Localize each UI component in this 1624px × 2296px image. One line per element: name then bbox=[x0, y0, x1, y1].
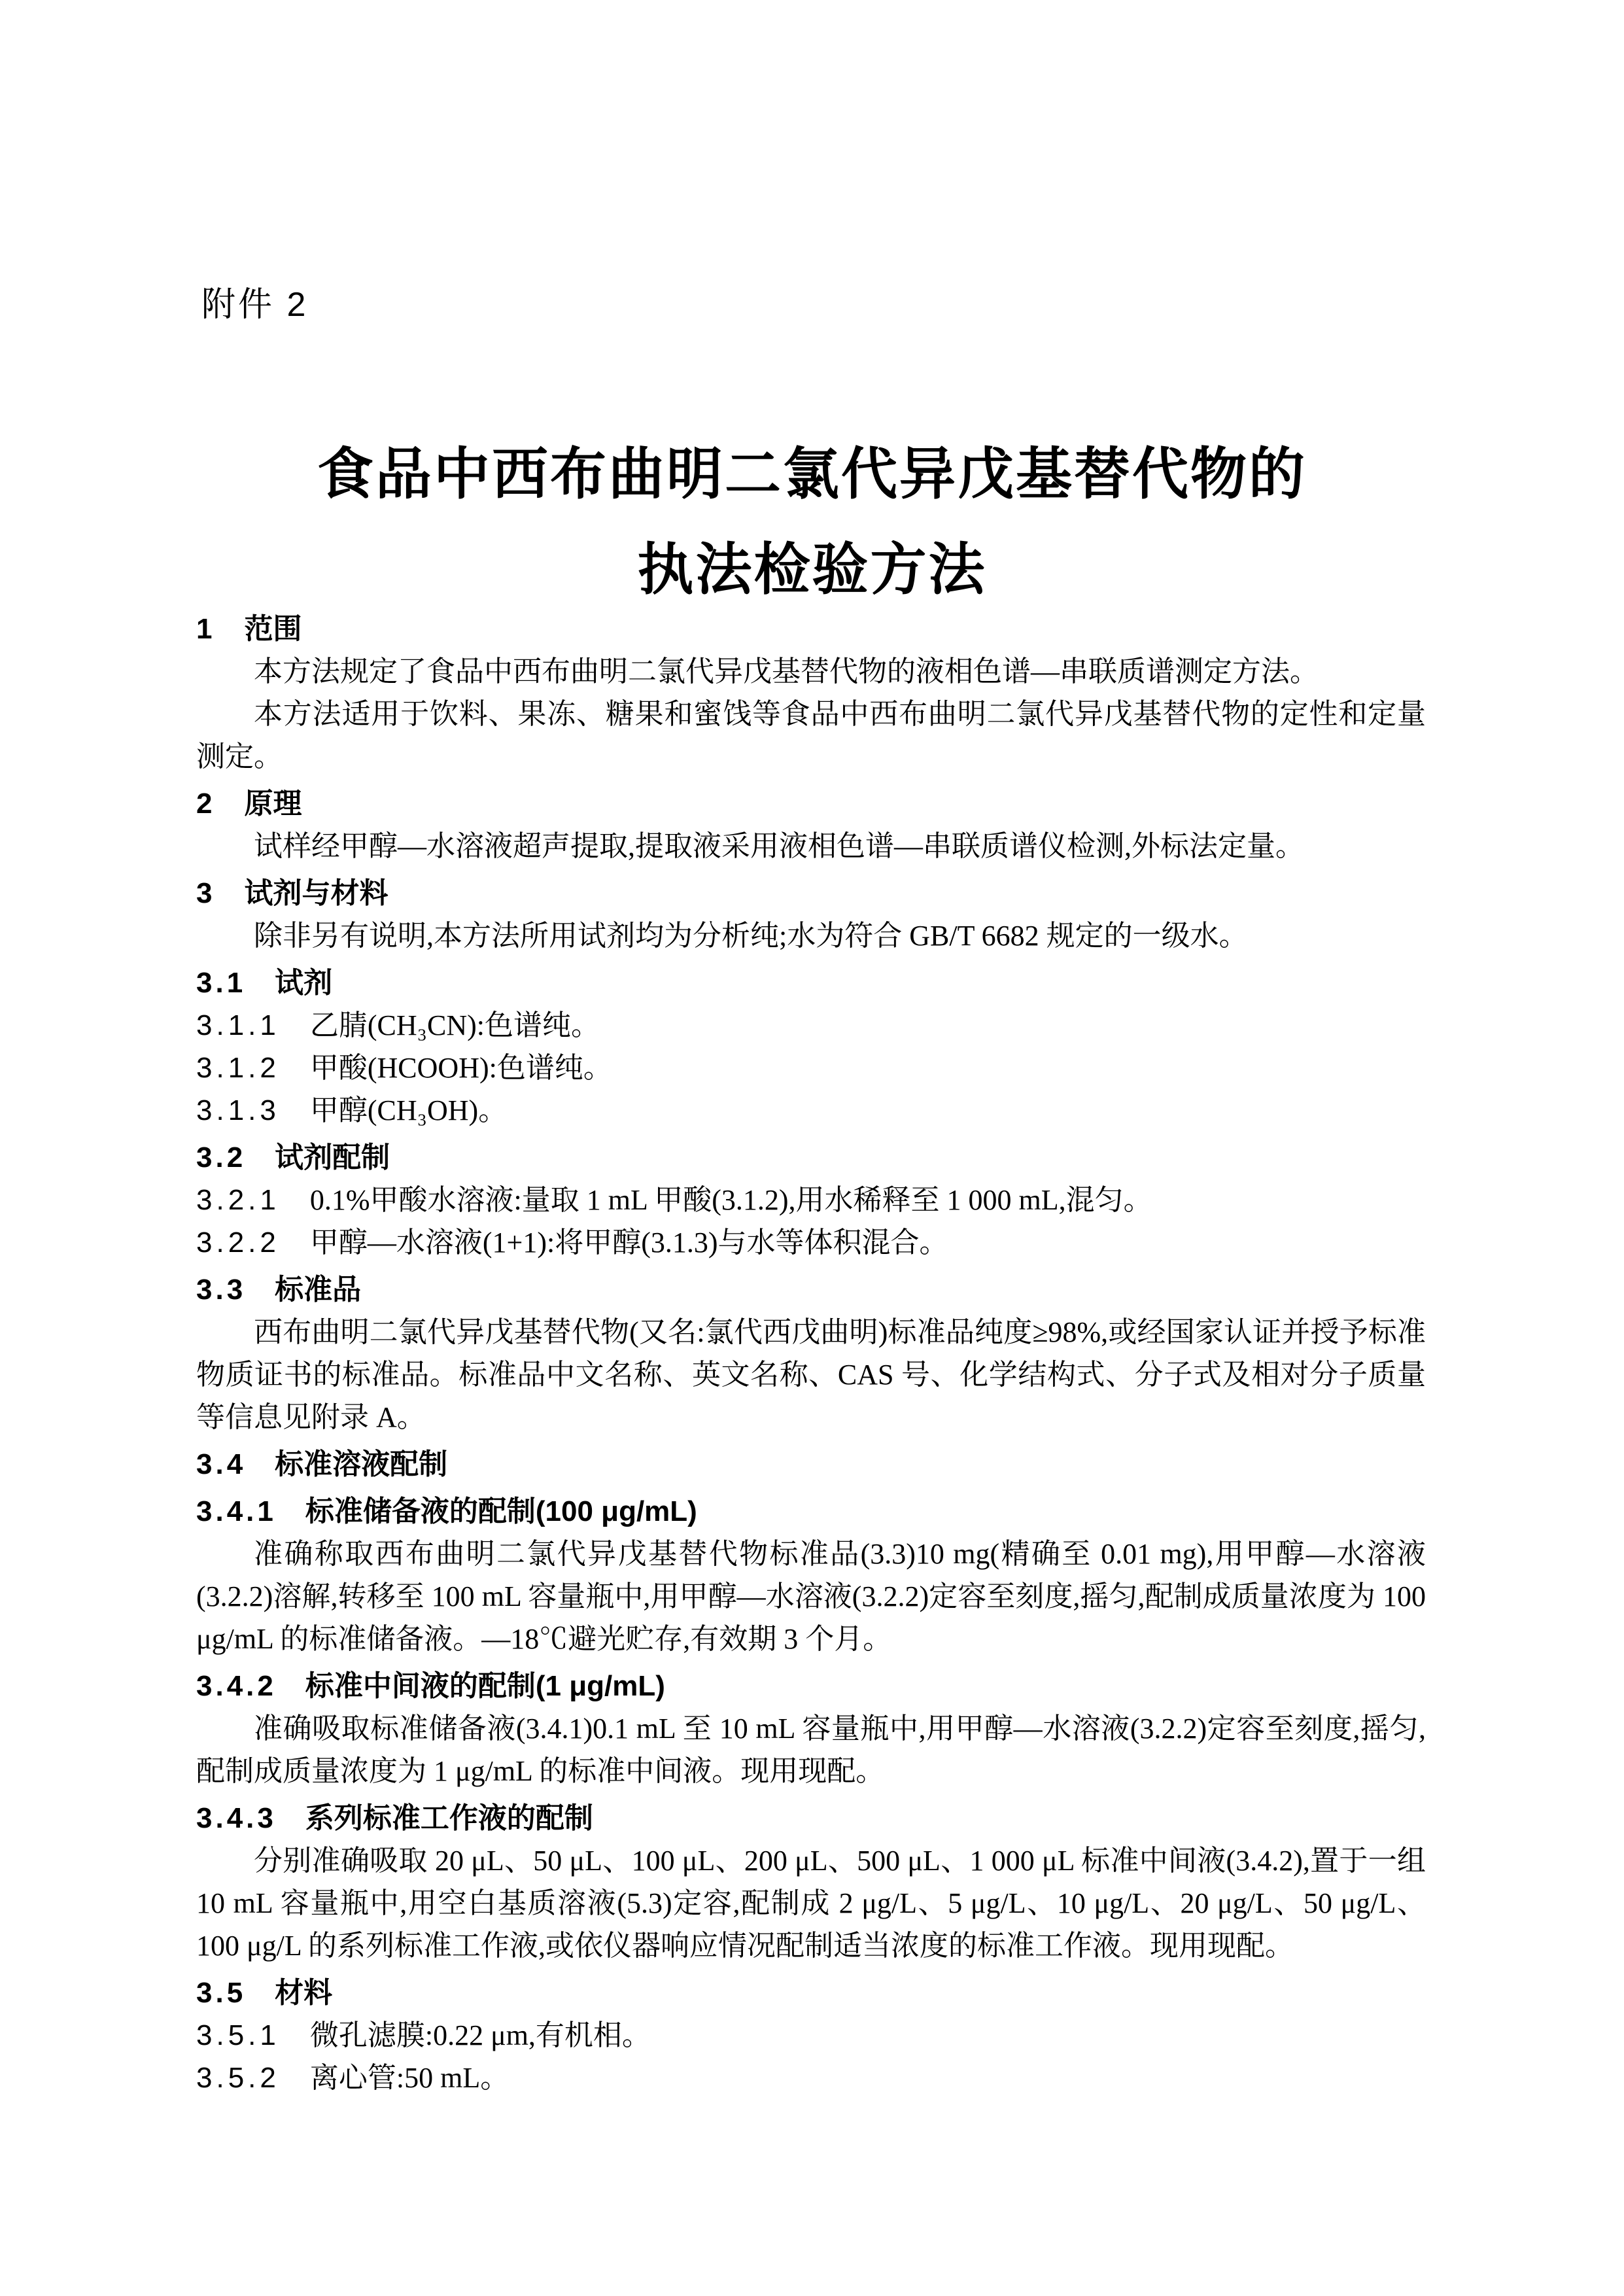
paragraph-text: 本方法适用于饮料、果冻、糖果和蜜饯等食品中西布曲明二氯代异戊基替代物的定性和定量… bbox=[196, 698, 1426, 773]
document-page: 附件 2 食品中西布曲明二氯代异戊基替代物的 执法检验方法 1范围 本方法规定了… bbox=[0, 0, 1624, 2296]
clause-text: 甲醇—水溶液(1+1):将甲醇(3.1.3)与水等体积混合。 bbox=[310, 1226, 948, 1259]
section-heading: 3试剂与材料 bbox=[196, 872, 1426, 914]
numbered-clause: 3.1.1乙腈(CH₃CN):色谱纯。 bbox=[196, 1004, 1426, 1047]
section-heading: 3.4.3系列标准工作液的配制 bbox=[196, 1797, 1426, 1839]
numbered-clause: 3.1.3甲醇(CH₃OH)。 bbox=[196, 1089, 1426, 1132]
clause-number: 3.3 bbox=[196, 1274, 246, 1306]
clause-text: 乙腈(CH₃CN):色谱纯。 bbox=[310, 1009, 600, 1041]
clause-number: 3.4.2 bbox=[196, 1670, 277, 1702]
numbered-clause: 3.1.2甲酸(HCOOH):色谱纯。 bbox=[196, 1047, 1426, 1089]
paragraph: 准确吸取标准储备液(3.4.1)0.1 mL 至 10 mL 容量瓶中,用甲醇—… bbox=[196, 1707, 1426, 1792]
paragraph: 西布曲明二氯代异戊基替代物(又名:氯代西戊曲明)标准品纯度≥98%,或经国家认证… bbox=[196, 1311, 1426, 1438]
section-heading: 3.2试剂配制 bbox=[196, 1136, 1426, 1179]
clause-number: 3.4.3 bbox=[196, 1802, 277, 1834]
section-heading: 1范围 bbox=[196, 608, 1426, 650]
heading-text: 标准品 bbox=[275, 1274, 361, 1306]
clause-text: 0.1%甲酸水溶液:量取 1 mL 甲酸(3.1.2),用水稀释至 1 000 … bbox=[310, 1184, 1152, 1216]
section-heading: 3.5材料 bbox=[196, 1972, 1426, 2014]
numbered-clause: 3.2.2甲醇—水溶液(1+1):将甲醇(3.1.3)与水等体积混合。 bbox=[196, 1221, 1426, 1264]
numbered-clause: 3.5.2离心管:50 mL。 bbox=[196, 2057, 1426, 2099]
attachment-label: 附件 2 bbox=[201, 285, 308, 324]
clause-text: 甲酸(HCOOH):色谱纯。 bbox=[310, 1052, 612, 1084]
clause-text: 甲醇(CH₃OH)。 bbox=[310, 1094, 507, 1126]
numbered-clause: 3.2.10.1%甲酸水溶液:量取 1 mL 甲酸(3.1.2),用水稀释至 1… bbox=[196, 1179, 1426, 1221]
clause-number: 3.4 bbox=[196, 1448, 246, 1480]
clause-number: 2 bbox=[196, 788, 215, 820]
paragraph-text: 西布曲明二氯代异戊基替代物(又名:氯代西戊曲明)标准品纯度≥98%,或经国家认证… bbox=[196, 1316, 1426, 1433]
heading-text: 试剂配制 bbox=[275, 1141, 390, 1174]
clause-number: 3.5.1 bbox=[196, 2019, 280, 2051]
heading-text: 试剂与材料 bbox=[244, 877, 388, 909]
heading-text: 材料 bbox=[275, 1977, 332, 2009]
paragraph: 准确称取西布曲明二氯代异戊基替代物标准品(3.3)10 mg(精确至 0.01 … bbox=[196, 1533, 1426, 1660]
clause-number: 3.1 bbox=[196, 967, 246, 999]
paragraph-text: 试样经甲醇—水溶液超声提取,提取液采用液相色谱—串联质谱仪检测,外标法定量。 bbox=[254, 830, 1304, 862]
document-body: 1范围 本方法规定了食品中西布曲明二氯代异戊基替代物的液相色谱—串联质谱测定方法… bbox=[196, 603, 1426, 2099]
section-heading: 3.1试剂 bbox=[196, 962, 1426, 1004]
document-title: 食品中西布曲明二氯代异戊基替代物的 执法检验方法 bbox=[0, 426, 1624, 617]
clause-number: 3.5 bbox=[196, 1977, 246, 2009]
paragraph-text: 除非另有说明,本方法所用试剂均为分析纯;水为符合 GB/T 6682 规定的一级… bbox=[254, 920, 1248, 952]
paragraph-text: 本方法规定了食品中西布曲明二氯代异戊基替代物的液相色谱—串联质谱测定方法。 bbox=[254, 655, 1319, 687]
clause-number: 1 bbox=[196, 613, 215, 645]
paragraph: 除非另有说明,本方法所用试剂均为分析纯;水为符合 GB/T 6682 规定的一级… bbox=[196, 914, 1426, 957]
paragraph: 分别准确吸取 20 μL、50 μL、100 μL、200 μL、500 μL、… bbox=[196, 1839, 1426, 1967]
clause-text: 离心管:50 mL。 bbox=[310, 2062, 509, 2094]
title-line-1: 食品中西布曲明二氯代异戊基替代物的 bbox=[0, 426, 1624, 522]
clause-number: 3.1.1 bbox=[196, 1009, 280, 1041]
clause-number: 3.2.2 bbox=[196, 1226, 280, 1259]
clause-number: 3.1.2 bbox=[196, 1052, 280, 1084]
clause-number: 3 bbox=[196, 877, 215, 909]
heading-text: 试剂 bbox=[275, 967, 332, 999]
section-heading: 3.4标准溶液配制 bbox=[196, 1443, 1426, 1486]
paragraph-text: 分别准确吸取 20 μL、50 μL、100 μL、200 μL、500 μL、… bbox=[196, 1845, 1426, 1962]
paragraph-text: 准确吸取标准储备液(3.4.1)0.1 mL 至 10 mL 容量瓶中,用甲醇—… bbox=[196, 1713, 1426, 1787]
section-heading: 3.3标准品 bbox=[196, 1268, 1426, 1311]
heading-text: 范围 bbox=[244, 613, 302, 645]
paragraph: 本方法规定了食品中西布曲明二氯代异戊基替代物的液相色谱—串联质谱测定方法。 bbox=[196, 650, 1426, 693]
heading-text: 系列标准工作液的配制 bbox=[305, 1802, 593, 1834]
heading-text: 标准溶液配制 bbox=[275, 1448, 447, 1480]
heading-text: 标准中间液的配制(1 μg/mL) bbox=[305, 1670, 665, 1702]
clause-number: 3.2 bbox=[196, 1141, 246, 1174]
section-heading: 2原理 bbox=[196, 782, 1426, 825]
paragraph-text: 准确称取西布曲明二氯代异戊基替代物标准品(3.3)10 mg(精确至 0.01 … bbox=[196, 1538, 1426, 1655]
clause-text: 微孔滤膜:0.22 μm,有机相。 bbox=[310, 2019, 651, 2051]
heading-text: 标准储备液的配制(100 μg/mL) bbox=[305, 1495, 697, 1527]
paragraph: 试样经甲醇—水溶液超声提取,提取液采用液相色谱—串联质谱仪检测,外标法定量。 bbox=[196, 825, 1426, 867]
section-heading: 3.4.2标准中间液的配制(1 μg/mL) bbox=[196, 1665, 1426, 1707]
section-heading: 3.4.1标准储备液的配制(100 μg/mL) bbox=[196, 1490, 1426, 1533]
clause-number: 3.4.1 bbox=[196, 1495, 277, 1527]
paragraph: 本方法适用于饮料、果冻、糖果和蜜饯等食品中西布曲明二氯代异戊基替代物的定性和定量… bbox=[196, 693, 1426, 778]
numbered-clause: 3.5.1微孔滤膜:0.22 μm,有机相。 bbox=[196, 2014, 1426, 2057]
clause-number: 3.1.3 bbox=[196, 1094, 280, 1126]
clause-number: 3.5.2 bbox=[196, 2062, 280, 2094]
heading-text: 原理 bbox=[244, 788, 302, 820]
clause-number: 3.2.1 bbox=[196, 1184, 280, 1216]
